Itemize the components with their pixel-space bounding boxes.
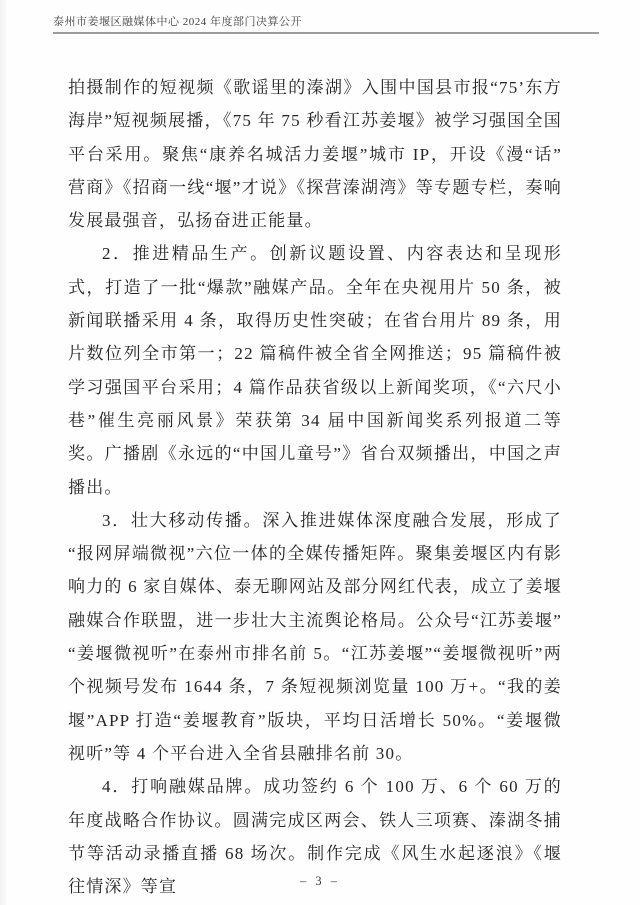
document-header-title: 泰州市姜堰区融媒体中心 2024 年度部门决算公开	[53, 13, 599, 29]
document-body: 拍摄制作的短视频《歌谣里的溱湖》入围中国县市报“75’东方海岸”短视频展播，《7…	[68, 71, 562, 903]
page-number: – 3 –	[300, 874, 340, 888]
page-footer: – 3 –	[0, 872, 640, 890]
body-paragraph: 3．壮大移动传播。深入推进媒体深度融合发展，形成了“报网屏端微视”六位一体的全媒…	[68, 504, 562, 770]
page-header: 泰州市姜堰区融媒体中心 2024 年度部门决算公开	[53, 13, 599, 34]
header-divider-line	[53, 32, 599, 34]
page-edge-shadow	[0, 0, 8, 905]
body-paragraph: 拍摄制作的短视频《歌谣里的溱湖》入围中国县市报“75’东方海岸”短视频展播，《7…	[68, 71, 562, 237]
body-paragraph: 2．推进精品生产。创新议题设置、内容表达和呈现形式，打造了一批“爆款”融媒产品。…	[68, 237, 562, 503]
document-page: 泰州市姜堰区融媒体中心 2024 年度部门决算公开 拍摄制作的短视频《歌谣里的溱…	[0, 0, 640, 905]
